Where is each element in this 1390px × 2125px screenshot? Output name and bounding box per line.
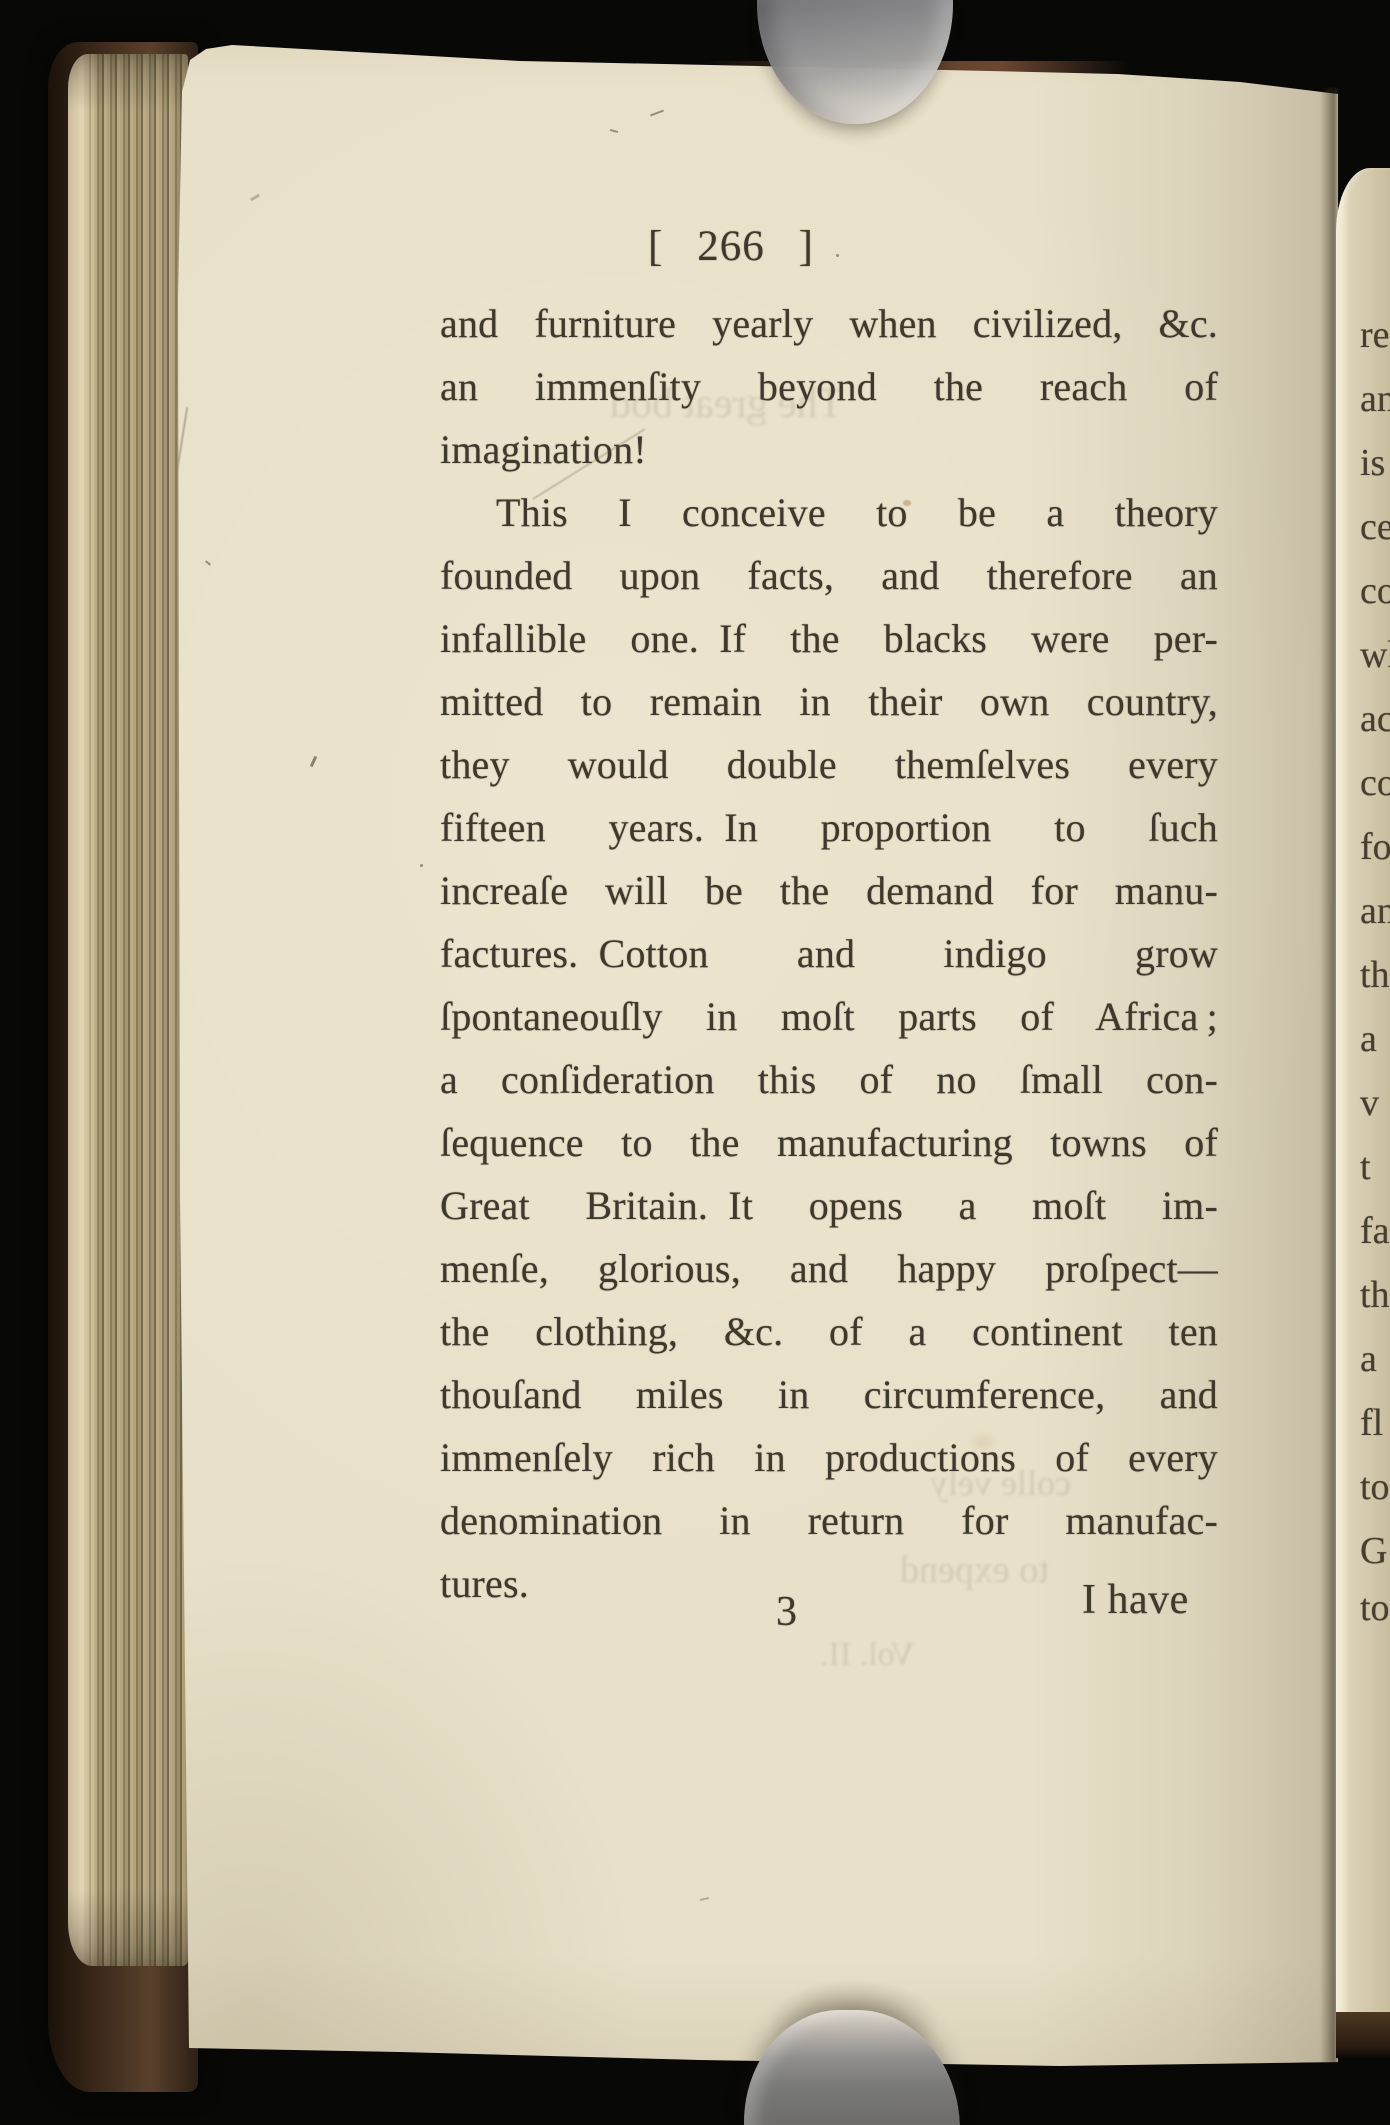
- paper-speck: [205, 560, 211, 565]
- foxing-spot: [903, 500, 911, 506]
- facing-page-text-fragment: th: [1360, 953, 1390, 997]
- foxing-spot: [582, 1024, 586, 1028]
- facing-page-text-fragment: ac: [1360, 697, 1390, 741]
- text-line: factures. Cotton and indigo grow: [440, 922, 1218, 985]
- catchword: I have: [1082, 1576, 1189, 1624]
- facing-page-text-fragment: G: [1360, 1529, 1387, 1573]
- left-page: The great bodcolle velyto expendVol. II.…: [0, 0, 1390, 2125]
- text-line: ſequence to the manufacturing towns of: [440, 1111, 1218, 1174]
- paper-speck: [250, 194, 260, 202]
- text-line: Great Britain. It opens a moſt im-: [440, 1174, 1218, 1237]
- page-number: 266: [697, 222, 765, 271]
- facing-page-cover-edge: [1336, 2012, 1390, 2058]
- text-line: imagination!: [440, 418, 1218, 481]
- fore-edge-page-stack: [68, 54, 188, 1966]
- facing-page-text-fragment: co: [1360, 761, 1390, 805]
- facing-page-text-fragment: t: [1360, 1145, 1371, 1189]
- text-line: founded upon facts, and therefore an: [440, 544, 1218, 607]
- facing-page-text-fragment: re: [1360, 313, 1390, 357]
- header-open-bracket: [: [648, 222, 663, 271]
- paper-speck: [420, 864, 423, 867]
- paper-speck: [610, 129, 618, 133]
- text-line: ſpontaneouſly in moſt parts of Africa ;: [440, 985, 1218, 1048]
- facing-page-text-fragment: to: [1360, 1586, 1390, 1630]
- paper-speck: [650, 110, 664, 117]
- facing-page-text-fragment: is: [1360, 441, 1385, 485]
- ink-mark: [310, 756, 317, 767]
- text-line: menſe, glorious, and happy proſpect—: [440, 1237, 1218, 1300]
- text-line: This I conceive to be a theory: [440, 481, 1218, 544]
- text-line: fifteen years. In proportion to ſuch: [440, 796, 1218, 859]
- facing-page-text-fragment: ce: [1360, 505, 1390, 549]
- text-line: immenſely rich in productions of every: [440, 1426, 1218, 1489]
- facing-page-text-fragment: fa: [1360, 1209, 1390, 1253]
- facing-page-text-fragment: th: [1360, 1273, 1390, 1317]
- facing-page-text-fragment: v: [1360, 1081, 1379, 1125]
- signature-mark: 3: [776, 1588, 797, 1636]
- text-line: the clothing, &c. of a continent ten: [440, 1300, 1218, 1363]
- header-close-bracket: ]: [799, 222, 814, 271]
- facing-page-text-fragment: fl: [1360, 1401, 1383, 1445]
- text-line: denomination in return for manufac-: [440, 1489, 1218, 1552]
- facing-page-text-fragment: wh: [1360, 633, 1390, 677]
- facing-page-edge: reaniscecowhaccofoanthavtfathafltoGto: [1336, 168, 1390, 2016]
- facing-page-text-fragment: an: [1360, 889, 1390, 933]
- paper-speck: [836, 254, 839, 257]
- text-line: infallible one. If the blacks were per-: [440, 607, 1218, 670]
- page-text-block: and furniture yearly when civilized, &c.…: [440, 292, 1218, 1615]
- text-line: increaſe will be the demand for manu-: [440, 859, 1218, 922]
- text-line: mitted to remain in their own country,: [440, 670, 1218, 733]
- show-through-text: Vol. II.: [820, 1636, 915, 1674]
- paper-speck: [700, 1897, 709, 1901]
- text-line: a conſideration this of no ſmall con-: [440, 1048, 1218, 1111]
- text-line: and furniture yearly when civilized, &c.: [440, 292, 1218, 355]
- facing-page-text-fragment: co: [1360, 569, 1390, 613]
- text-line: thouſand miles in circumference, and: [440, 1363, 1218, 1426]
- facing-page-text-fragment: a: [1360, 1337, 1377, 1381]
- page-number-header: [ 266 ]: [648, 222, 814, 274]
- facing-page-text-fragment: a: [1360, 1017, 1377, 1061]
- facing-page-text-fragment: an: [1360, 377, 1390, 421]
- facing-page-text-fragment: fo: [1360, 825, 1390, 869]
- stain: [966, 1430, 1000, 1454]
- book-photo: The great bodcolle velyto expendVol. II.…: [0, 0, 1390, 2125]
- text-line: they would double themſelves every: [440, 733, 1218, 796]
- text-line: an immenſity beyond the reach of: [440, 355, 1218, 418]
- facing-page-text-fragment: to: [1360, 1465, 1390, 1509]
